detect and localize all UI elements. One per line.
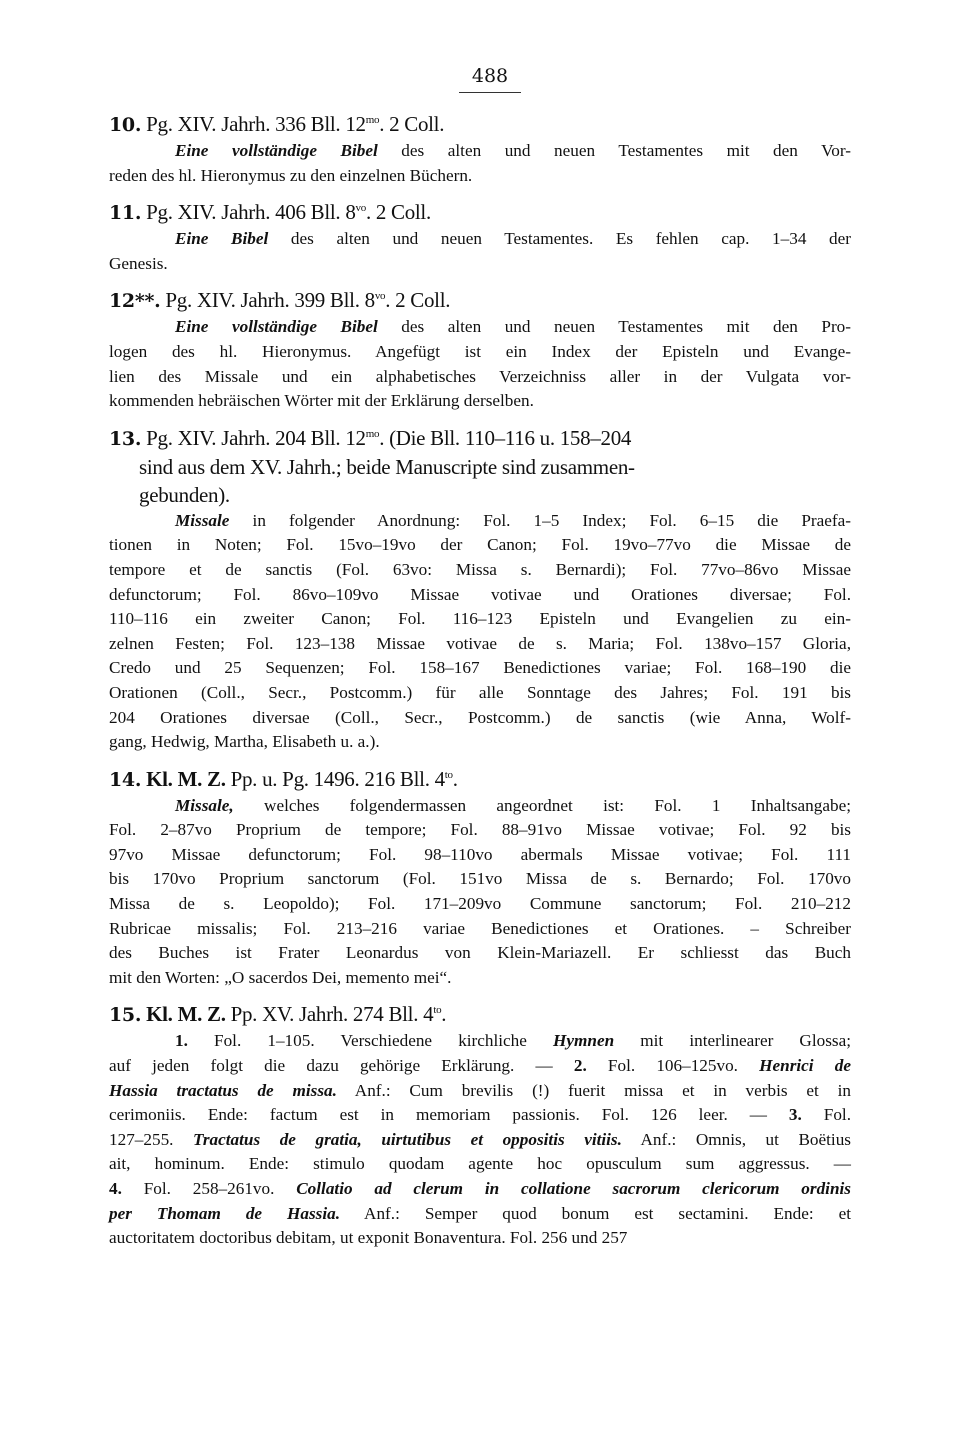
heading-line: 11. Pg. XIV. Jahrh. 406 Bll. 8vo. 2 Coll… bbox=[109, 200, 431, 224]
entry-description: Eine Bibel des alten und neuen Testament… bbox=[109, 227, 851, 276]
text-line: reden des hl. Hieronymus zu den einzelne… bbox=[109, 164, 851, 189]
heading-line: 15. Kl. M. Z. Pp. XV. Jahrh. 274 Bll. 4t… bbox=[109, 1002, 446, 1026]
text-line: bis 170vo Proprium sanctorum (Fol. 151vo… bbox=[109, 867, 851, 892]
entry-heading: 10. Pg. XIV. Jahrh. 336 Bll. 12mo. 2 Col… bbox=[109, 110, 851, 139]
text-line: logen des hl. Hieronymus. Angefügt ist e… bbox=[109, 340, 851, 365]
entry-number: 15. bbox=[109, 1004, 141, 1026]
item-number: 4. bbox=[109, 1179, 122, 1198]
text-line: Missale, welches folgendermassen angeord… bbox=[109, 794, 851, 819]
catalog-entry: 11. Pg. XIV. Jahrh. 406 Bll. 8vo. 2 Coll… bbox=[109, 198, 851, 276]
catalog-entries: 10. Pg. XIV. Jahrh. 336 Bll. 12mo. 2 Col… bbox=[109, 110, 851, 1251]
title-italic: Hymnen bbox=[553, 1031, 614, 1050]
title-italic: Eine vollständige Bibel bbox=[175, 317, 378, 336]
catalog-entry: 10. Pg. XIV. Jahrh. 336 Bll. 12mo. 2 Col… bbox=[109, 110, 851, 188]
heading-tail: . 2 Coll. bbox=[366, 200, 431, 224]
text-line: Hassia tractatus de missa. Anf.: Cum bre… bbox=[109, 1079, 851, 1104]
title-italic: Eine vollständige Bibel bbox=[175, 141, 378, 160]
text-line: Missale in folgender Anordnung: Fol. 1–5… bbox=[109, 509, 851, 534]
entry-heading: 15. Kl. M. Z. Pp. XV. Jahrh. 274 Bll. 4t… bbox=[109, 1000, 851, 1029]
text-line: per Thomam de Hassia. Anf.: Semper quod … bbox=[109, 1202, 851, 1227]
heading-tail: . (Die Bll. 110–116 u. 158–204 bbox=[379, 426, 631, 450]
text-line: des Buches ist Frater Leonardus von Klei… bbox=[109, 941, 851, 966]
entry-description: 1. Fol. 1–105. Verschiedene kirchliche H… bbox=[109, 1029, 851, 1250]
text-line: mit den Worten: „O sacerdos Dei, memento… bbox=[109, 966, 851, 991]
title-italic: Missale, bbox=[175, 796, 234, 815]
heading-line: 12**. Pg. XIV. Jahrh. 399 Bll. 8vo. 2 Co… bbox=[109, 288, 450, 312]
heading-line: 13. Pg. XIV. Jahrh. 204 Bll. 12mo. (Die … bbox=[109, 424, 851, 453]
text-line: kommenden hebräischen Wörter mit der Erk… bbox=[109, 389, 851, 414]
item-number: 3. bbox=[789, 1105, 802, 1124]
heading-text: Pg. XIV. Jahrh. 204 Bll. 12 bbox=[146, 426, 366, 450]
heading-tail: . 2 Coll. bbox=[385, 288, 450, 312]
title-italic: Henrici de bbox=[759, 1056, 851, 1075]
text-line: Fol. 2–87vo Proprium de tempore; Fol. 88… bbox=[109, 818, 851, 843]
text-line: tempore et de sanctis (Fol. 63vo: Missa … bbox=[109, 558, 851, 583]
text-line: ait, hominum. Ende: stimulo quodam agent… bbox=[109, 1152, 851, 1177]
page-number: 488 bbox=[129, 64, 851, 88]
heading-text: Pg. XIV. Jahrh. 406 Bll. 8 bbox=[146, 200, 355, 224]
heading-line: 14. Kl. M. Z. Pp. u. Pg. 1496. 216 Bll. … bbox=[109, 767, 458, 791]
title-italic: Missale bbox=[175, 511, 229, 530]
text-line: auctoritatem doctoribus debitam, ut expo… bbox=[109, 1226, 851, 1251]
text-line: defunctorum; Fol. 86vo–109vo Missae voti… bbox=[109, 583, 851, 608]
heading-text: Pg. XIV. Jahrh. 399 Bll. 8 bbox=[165, 288, 374, 312]
document-page: 488 10. Pg. XIV. Jahrh. 336 Bll. 12mo. 2… bbox=[109, 64, 851, 1251]
title-italic: Tractatus de gratia, uirtutibus et oppos… bbox=[193, 1130, 622, 1149]
catalog-entry: 15. Kl. M. Z. Pp. XV. Jahrh. 274 Bll. 4t… bbox=[109, 1000, 851, 1250]
heading-line: sind aus dem XV. Jahrh.; beide Manuscrip… bbox=[109, 453, 851, 481]
location-code: Kl. M. Z. bbox=[146, 1002, 226, 1026]
text-line: 1. Fol. 1–105. Verschiedene kirchliche H… bbox=[109, 1029, 851, 1054]
entry-heading: 14. Kl. M. Z. Pp. u. Pg. 1496. 216 Bll. … bbox=[109, 765, 851, 794]
text-line: zelnen Festen; Fol. 123–138 Missae votiv… bbox=[109, 632, 851, 657]
item-number: 2. bbox=[574, 1056, 587, 1075]
catalog-entry: 13. Pg. XIV. Jahrh. 204 Bll. 12mo. (Die … bbox=[109, 424, 851, 755]
text-line: Rubricae missalis; Fol. 213–216 variae B… bbox=[109, 917, 851, 942]
text-line: cerimoniis. Ende: factum est in memoriam… bbox=[109, 1103, 851, 1128]
format-superscript: to bbox=[445, 769, 453, 781]
text-line: 127–255. Tractatus de gratia, uirtutibus… bbox=[109, 1128, 851, 1153]
entry-description: Eine vollständige Bibel des alten und ne… bbox=[109, 315, 851, 413]
entry-number: 11. bbox=[109, 202, 141, 224]
entry-heading: 11. Pg. XIV. Jahrh. 406 Bll. 8vo. 2 Coll… bbox=[109, 198, 851, 227]
entry-number: 10. bbox=[109, 114, 141, 136]
entry-description: Missale in folgender Anordnung: Fol. 1–5… bbox=[109, 509, 851, 755]
entry-heading: 13. Pg. XIV. Jahrh. 204 Bll. 12mo. (Die … bbox=[109, 424, 851, 509]
heading-tail: . bbox=[453, 767, 458, 791]
heading-text: Pp. XV. Jahrh. 274 Bll. 4 bbox=[226, 1002, 434, 1026]
heading-text: Pp. u. Pg. 1496. 216 Bll. 4 bbox=[226, 767, 445, 791]
text-line: tionen in Noten; Fol. 15vo–19vo der Cano… bbox=[109, 533, 851, 558]
entry-number: 14. bbox=[109, 769, 141, 791]
text-line: Missa de s. Leopoldo); Fol. 171–209vo Co… bbox=[109, 892, 851, 917]
title-italic: Eine Bibel bbox=[175, 229, 268, 248]
item-number: 1. bbox=[175, 1031, 188, 1050]
text-line: 110–116 ein zweiter Canon; Fol. 116–123 … bbox=[109, 607, 851, 632]
page-number-rule bbox=[459, 92, 521, 93]
heading-line: gebunden). bbox=[109, 481, 851, 509]
entry-description: Missale, welches folgendermassen angeord… bbox=[109, 794, 851, 991]
format-superscript: mo bbox=[366, 428, 379, 440]
text-line: Eine Bibel des alten und neuen Testament… bbox=[109, 227, 851, 252]
heading-line: 10. Pg. XIV. Jahrh. 336 Bll. 12mo. 2 Col… bbox=[109, 112, 444, 136]
heading-tail: . bbox=[441, 1002, 446, 1026]
text-line: auf jeden folgt die dazu gehörige Erklär… bbox=[109, 1054, 851, 1079]
text-line: Orationen (Coll., Secr., Postcomm.) für … bbox=[109, 681, 851, 706]
text-line: Eine vollständige Bibel des alten und ne… bbox=[109, 139, 851, 164]
format-superscript: vo bbox=[375, 290, 385, 302]
text-line: lien des Missale und ein alphabetisches … bbox=[109, 365, 851, 390]
heading-tail: . 2 Coll. bbox=[379, 112, 444, 136]
heading-text: Pg. XIV. Jahrh. 336 Bll. 12 bbox=[146, 112, 366, 136]
entry-heading: 12**. Pg. XIV. Jahrh. 399 Bll. 8vo. 2 Co… bbox=[109, 286, 851, 315]
text-line: 97vo Missae defunctorum; Fol. 98–110vo a… bbox=[109, 843, 851, 868]
title-italic: per Thomam de Hassia. bbox=[109, 1204, 340, 1223]
format-superscript: mo bbox=[366, 114, 379, 126]
title-italic: Collatio ad clerum in collatione sacroru… bbox=[296, 1179, 851, 1198]
entry-description: Eine vollständige Bibel des alten und ne… bbox=[109, 139, 851, 188]
text-line: 4. Fol. 258–261vo. Collatio ad clerum in… bbox=[109, 1177, 851, 1202]
entry-number: 13. bbox=[109, 428, 141, 450]
text-line: Eine vollständige Bibel des alten und ne… bbox=[109, 315, 851, 340]
text-line: 204 Orationes diversae (Coll., Secr., Po… bbox=[109, 706, 851, 731]
text-line: Genesis. bbox=[109, 252, 851, 277]
text-line: Credo und 25 Sequenzen; Fol. 158–167 Ben… bbox=[109, 656, 851, 681]
format-superscript: vo bbox=[356, 202, 366, 214]
text-line: gang, Hedwig, Martha, Elisabeth u. a.). bbox=[109, 730, 851, 755]
catalog-entry: 14. Kl. M. Z. Pp. u. Pg. 1496. 216 Bll. … bbox=[109, 765, 851, 991]
entry-number: 12**. bbox=[109, 290, 160, 312]
title-italic: Hassia tractatus de missa. bbox=[109, 1081, 337, 1100]
catalog-entry: 12**. Pg. XIV. Jahrh. 399 Bll. 8vo. 2 Co… bbox=[109, 286, 851, 413]
location-code: Kl. M. Z. bbox=[146, 767, 226, 791]
